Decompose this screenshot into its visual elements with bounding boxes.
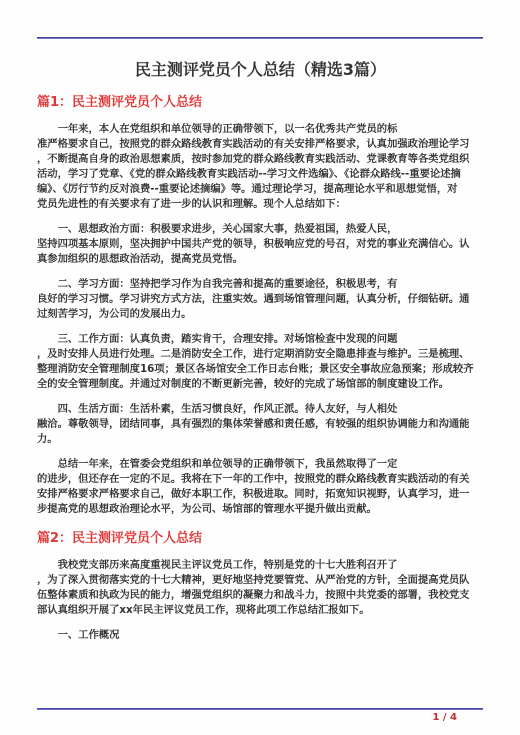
paragraph: 三、工作方面：认真负责，踏实肯干，合理安排。对场馆检查中发现的问题 ，及时安排人… (37, 332, 484, 392)
document-content: 民主测评党员个人总结（精选3篇） 篇1：民主测评党员个人总结 一年来，本人在党组… (37, 59, 484, 653)
top-rule-divider (37, 37, 483, 39)
paragraph: 总结一年来，在管委会党组织和单位领导的正确带领下，我虽然取得了一定 的进步，但还… (37, 457, 484, 517)
paragraph: 二、学习方面：坚持把学习作为自我完善和提高的重要途径，积极思考，有 良好的学习习… (37, 277, 484, 322)
document-page: 民主测评党员个人总结（精选3篇） 篇1：民主测评党员个人总结 一年来，本人在党组… (0, 0, 520, 735)
paragraph: 一年来，本人在党组织和单位领导的正确带领下，以一名优秀共产党员的标 准严格要求自… (37, 122, 484, 212)
section-2-heading: 篇2：民主测评党员个人总结 (37, 530, 484, 547)
paragraph: 四、生活方面：生活朴素，生活习惯良好，作风正派。待人友好，与人相处 融洽。尊敬领… (37, 402, 484, 447)
paragraph: 一、思想政治方面：积极要求进步，关心国家大事，热爱祖国，热爱人民， 坚持四项基本… (37, 222, 484, 267)
section-1-heading: 篇1：民主测评党员个人总结 (37, 94, 484, 111)
bottom-rule-divider (37, 708, 483, 710)
paragraph: 一、工作概况 (37, 628, 484, 643)
paragraph: 我校党支部历来高度重视民主评议党员工作，特别是党的十七大胜利召开了 ，为了深入贯… (37, 558, 484, 618)
page-number: 1 / 4 (432, 712, 457, 723)
document-title: 民主测评党员个人总结（精选3篇） (37, 59, 484, 81)
